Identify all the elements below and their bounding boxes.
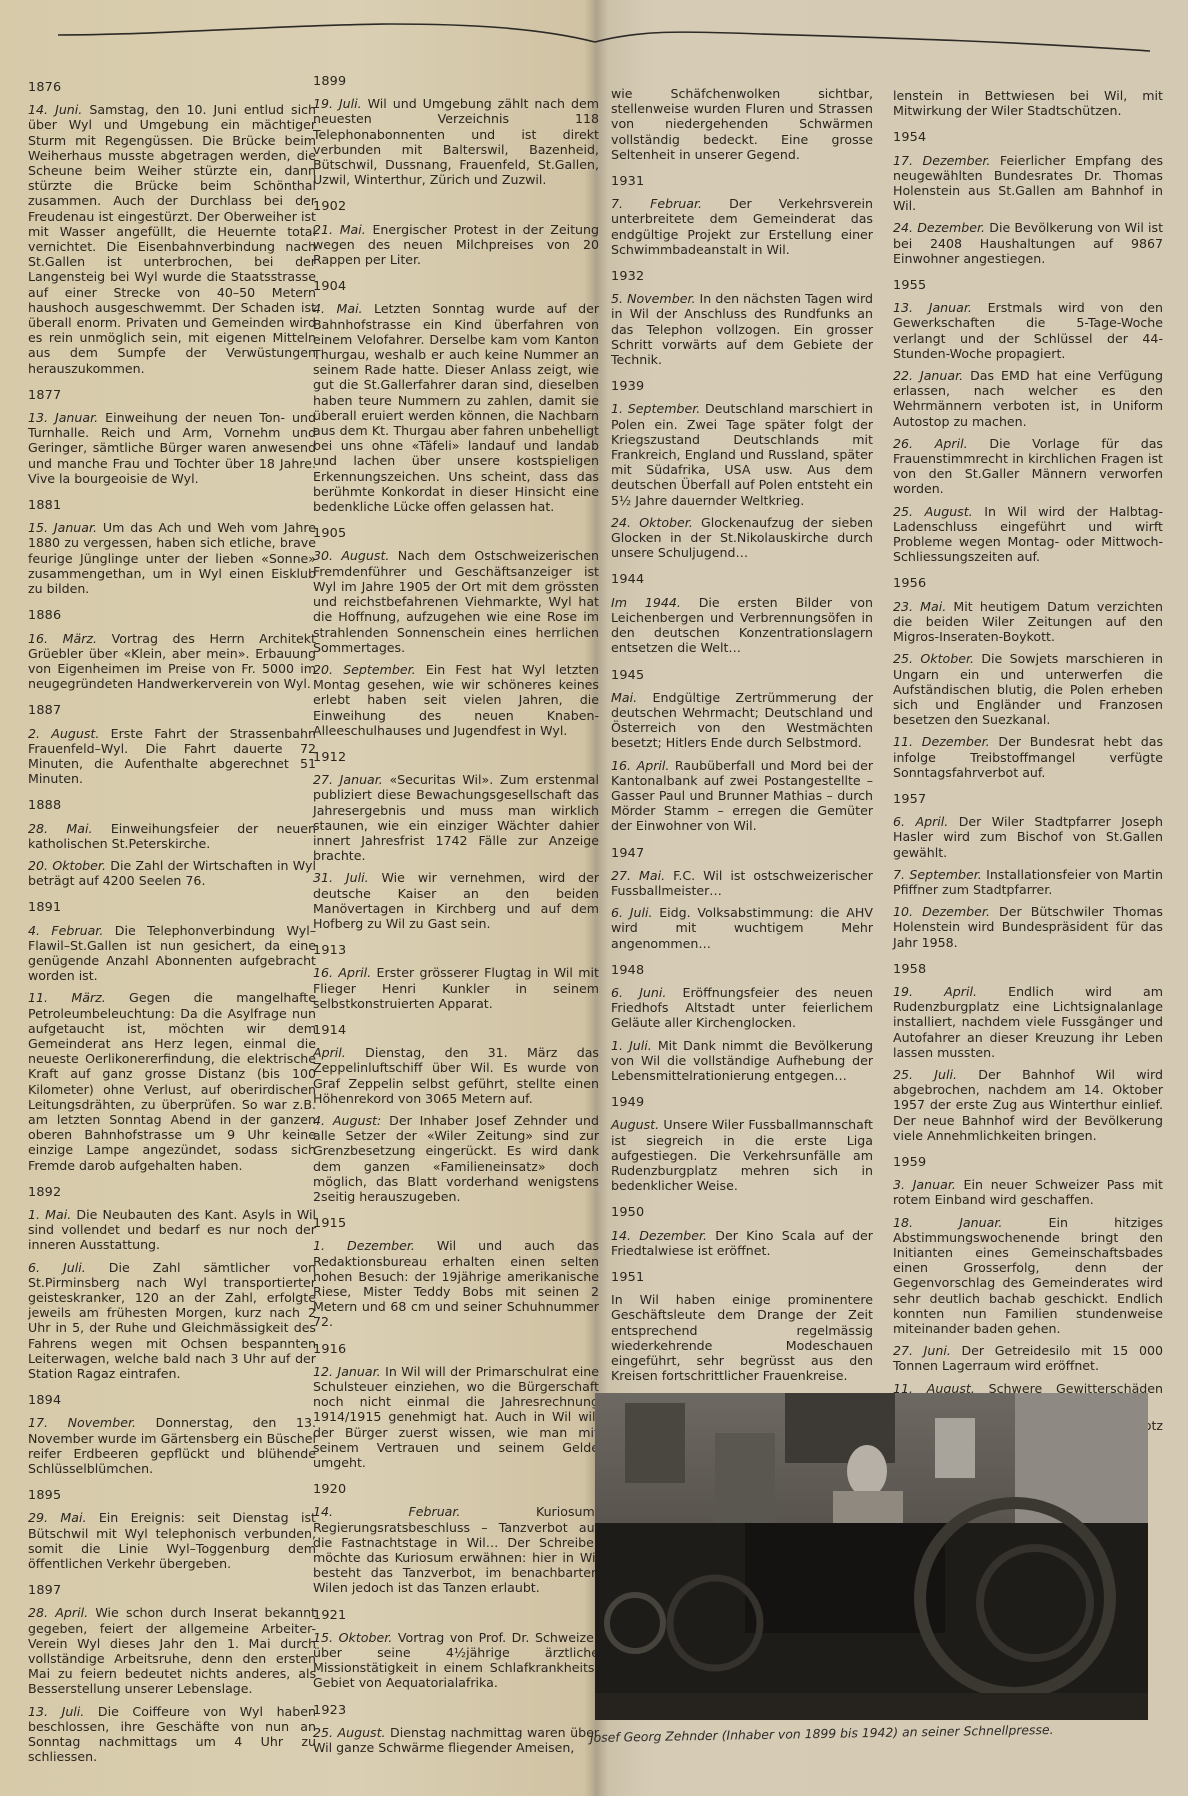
year-heading: 1957 — [893, 792, 1163, 807]
chronicle-entry: 11. Dezember. Der Bundesrat hebt das inf… — [893, 734, 1163, 780]
chronicle-entry: 23. Mai. Mit heutigem Datum verzichten d… — [893, 599, 1163, 645]
entry-date: 14. Februar. — [313, 1504, 460, 1519]
year-heading: 1939 — [611, 379, 873, 394]
entry-text: Dienstag, den 31. März das Zeppelinlufts… — [313, 1045, 599, 1106]
chronicle-entry: 29. Mai. Ein Ereignis: seit Dienstag ist… — [28, 1510, 316, 1571]
chronicle-entry: 19. Juli. Wil und Umgebung zählt nach de… — [313, 96, 599, 187]
chronicle-entry: 19. April. Endlich wird am Rudenzburgpla… — [893, 984, 1163, 1060]
chronicle-entry: 22. Januar. Das EMD hat eine Verfügung e… — [893, 368, 1163, 429]
chronicle-entry: 24. Oktober. Glockenaufzug der sieben Gl… — [611, 515, 873, 561]
chronicle-entry: lenstein in Bettwiesen bei Wil, mit Mitw… — [893, 88, 1163, 118]
year-section: 19576. April. Der Wiler Stadtpfarrer Jos… — [893, 792, 1163, 950]
entry-date: 19. April. — [893, 984, 977, 999]
chronicle-entry: 16. April. Erster grösserer Flugtag in W… — [313, 965, 599, 1011]
year-section: 188115. Januar. Um das Ach und Weh vom J… — [28, 498, 316, 596]
year-heading: 1881 — [28, 498, 316, 513]
chronicle-entry: 6. Juli. Die Zahl sämtlicher von St.Pirm… — [28, 1260, 316, 1382]
chronicle-entry: 4. Februar. Die Telephonverbindung Wyl–F… — [28, 923, 316, 984]
chronicle-entry: 4. August: Der Inhaber Josef Zehnder und… — [313, 1113, 599, 1204]
year-section: 187713. Januar. Einweihung der neuen Ton… — [28, 388, 316, 486]
entry-date: 27. Juni. — [893, 1343, 951, 1358]
year-heading: 1899 — [313, 74, 599, 89]
year-section: 19151. Dezember. Wil und auch das Redakt… — [313, 1216, 599, 1329]
year-heading: 1913 — [313, 943, 599, 958]
year-section: 19486. Juni. Eröffnungsfeier des neuen F… — [611, 963, 873, 1083]
year-heading: 1887 — [28, 703, 316, 718]
chronicle-entry: 25. Juli. Der Bahnhof Wil wird abgebroch… — [893, 1067, 1163, 1143]
chronicle-entry: 1. Juli. Mit Dank nimmt die Bevölkerung … — [611, 1038, 873, 1084]
year-heading: 1921 — [313, 1608, 599, 1623]
entry-text: Endgültige Zertrümmerung der deutschen W… — [611, 690, 873, 751]
year-section: 188828. Mai. Einweihungsfeier der neuen … — [28, 798, 316, 888]
chronicle-entry: 12. Januar. In Wil will der Primarschulr… — [313, 1364, 599, 1470]
entry-text: Die Neubauten des Kant. Asyls in Wil sin… — [28, 1207, 316, 1252]
year-heading: 1931 — [611, 174, 873, 189]
entry-date: 11. März. — [28, 990, 106, 1005]
year-section: 18872. August. Erste Fahrt der Strassenb… — [28, 703, 316, 786]
year-heading: 1956 — [893, 576, 1163, 591]
entry-text: In Wil will der Primarschulrat eine Schu… — [313, 1364, 599, 1470]
year-section: 190221. Mai. Energischer Protest in der … — [313, 199, 599, 267]
year-section: 195014. Dezember. Der Kino Scala auf der… — [611, 1205, 873, 1258]
year-section: 191612. Januar. In Wil will der Primarsc… — [313, 1342, 599, 1471]
entry-date: August. — [611, 1117, 659, 1132]
entry-date: 20. Oktober. — [28, 858, 106, 873]
chronicle-entry: Im 1944. Die ersten Bilder von Leichenbe… — [611, 595, 873, 656]
entry-text: In Wil haben einige prominentere Geschäf… — [611, 1292, 873, 1383]
entry-date: 13. Januar. — [893, 300, 972, 315]
entry-date: 16. März. — [28, 631, 97, 646]
year-heading: 1945 — [611, 668, 873, 683]
entry-text: Nach dem Ostschweizerischen Fremdenführe… — [313, 548, 599, 654]
chronicle-entry: 27. Juni. Der Getreidesilo mit 15 000 To… — [893, 1343, 1163, 1373]
chronicle-entry: 6. April. Der Wiler Stadtpfarrer Joseph … — [893, 814, 1163, 860]
year-heading: 1897 — [28, 1583, 316, 1598]
year-section: 19317. Februar. Der Verkehrsverein unter… — [611, 174, 873, 257]
entry-date: 25. Oktober. — [893, 651, 974, 666]
entry-date: 16. April. — [611, 758, 669, 773]
chronicle-entry: 1. Dezember. Wil und auch das Redaktions… — [313, 1238, 599, 1329]
year-heading: 1950 — [611, 1205, 873, 1220]
year-section: 19325. November. In den nächsten Tagen w… — [611, 269, 873, 367]
chronicle-entry: 25. Oktober. Die Sowjets marschieren in … — [893, 651, 1163, 727]
entry-date: 24. Oktober. — [611, 515, 693, 530]
chronicle-entry: 6. Juni. Eröffnungsfeier des neuen Fried… — [611, 985, 873, 1031]
chronicle-entry: 21. Mai. Energischer Protest in der Zeit… — [313, 222, 599, 268]
chronicle-entry: 1. Mai. Die Neubauten des Kant. Asyls in… — [28, 1207, 316, 1253]
entry-date: 1. Juli. — [611, 1038, 652, 1053]
entry-date: 14. Juni. — [28, 102, 82, 117]
entry-date: 25. August. — [893, 504, 973, 519]
chronicle-entry: Mai. Endgültige Zertrümmerung der deutsc… — [611, 690, 873, 751]
year-heading: 1914 — [313, 1023, 599, 1038]
entry-date: 27. Januar. — [313, 772, 383, 787]
year-heading: 1912 — [313, 750, 599, 765]
chronicle-entry: 15. Oktober. Vortrag von Prof. Dr. Schwe… — [313, 1630, 599, 1691]
entry-date: 25. August. — [313, 1725, 386, 1740]
entry-date: 28. April. — [28, 1605, 88, 1620]
column-3: wie Schäfchenwolken sichtbar, stellenwei… — [611, 86, 873, 1475]
year-section: 191227. Januar. «Securitas Wil». Zum ers… — [313, 750, 599, 931]
year-heading: 1904 — [313, 279, 599, 294]
year-section: wie Schäfchenwolken sichtbar, stellenwei… — [611, 86, 873, 162]
year-section: 19391. September. Deutschland marschiert… — [611, 379, 873, 560]
entry-text: Gegen die mangelhafte Petroleumbeleuchtu… — [28, 990, 316, 1172]
year-section: 19044. Mai. Letzten Sonntag wurde auf de… — [313, 279, 599, 514]
year-section: 191316. April. Erster grösserer Flugtag … — [313, 943, 599, 1011]
chronicle-entry: 17. November. Donnerstag, den 13. Novemb… — [28, 1415, 316, 1476]
chronicle-entry: 16. März. Vortrag des Herrn Architekt Gr… — [28, 631, 316, 692]
entry-date: 4. Mai. — [313, 301, 363, 316]
year-section: 190530. August. Nach dem Ostschweizerisc… — [313, 526, 599, 738]
chronicle-entry: 26. April. Die Vorlage für das Frauensti… — [893, 436, 1163, 497]
printing-press-photo — [595, 1393, 1148, 1720]
year-heading: 1923 — [313, 1703, 599, 1718]
entry-text: Deutschland marschiert in Polen ein. Zwe… — [611, 401, 873, 507]
year-heading: 1902 — [313, 199, 599, 214]
chronicle-entry: 14. Februar. Kuriosum: Regierungsratsbes… — [313, 1504, 599, 1595]
year-section: 194727. Mai. F.C. Wil ist ostschweizeris… — [611, 846, 873, 951]
chronicle-entry: 2. August. Erste Fahrt der Strassenbahn … — [28, 726, 316, 787]
entry-date: 2. August. — [28, 726, 99, 741]
year-heading: 1876 — [28, 80, 316, 95]
entry-date: 27. Mai. — [611, 868, 665, 883]
year-section: 195623. Mai. Mit heutigem Datum verzicht… — [893, 576, 1163, 779]
entry-date: 20. September. — [313, 662, 416, 677]
entry-date: 5. November. — [611, 291, 695, 306]
chronicle-entry: 20. September. Ein Fest hat Wyl letzten … — [313, 662, 599, 738]
year-section: 195417. Dezember. Feierlicher Empfang de… — [893, 130, 1163, 266]
chronicle-entry: 5. November. In den nächsten Tagen wird … — [611, 291, 873, 367]
entry-date: 28. Mai. — [28, 821, 92, 836]
entry-date: 3. Januar. — [893, 1177, 956, 1192]
chronicle-entry: 24. Dezember. Die Bevölkerung von Wil is… — [893, 220, 1163, 266]
entry-date: 16. April. — [313, 965, 371, 980]
year-section: 1945Mai. Endgültige Zertrümmerung der de… — [611, 668, 873, 834]
entry-date: 14. Dezember. — [611, 1228, 707, 1243]
entry-date: 30. August. — [313, 548, 389, 563]
chronicle-entry: 20. Oktober. Die Zahl der Wirtschaften i… — [28, 858, 316, 888]
chronicle-entry: 1. September. Deutschland marschiert in … — [611, 401, 873, 507]
year-heading: 1949 — [611, 1095, 873, 1110]
chronicle-entry: April. Dienstag, den 31. März das Zeppel… — [313, 1045, 599, 1106]
year-section: 195819. April. Endlich wird am Rudenzbur… — [893, 962, 1163, 1143]
entry-date: 4. Februar. — [28, 923, 103, 938]
year-section: 189529. Mai. Ein Ereignis: seit Dienstag… — [28, 1488, 316, 1571]
year-section: 195513. Januar. Erstmals wird von den Ge… — [893, 278, 1163, 564]
year-heading: 1915 — [313, 1216, 599, 1231]
chronicle-entry: 13. Januar. Einweihung der neuen Ton- un… — [28, 410, 316, 486]
entry-date: 10. Dezember. — [893, 904, 990, 919]
year-section: 1951In Wil haben einige prominentere Ges… — [611, 1270, 873, 1383]
entry-date: 1. September. — [611, 401, 700, 416]
year-heading: 1916 — [313, 1342, 599, 1357]
year-heading: 1958 — [893, 962, 1163, 977]
entry-date: 25. Juli. — [893, 1067, 957, 1082]
year-section: 189919. Juli. Wil und Umgebung zählt nac… — [313, 74, 599, 187]
year-heading: 1920 — [313, 1482, 599, 1497]
chronicle-entry: 15. Januar. Um das Ach und Weh vom Jahre… — [28, 520, 316, 596]
entry-date: 7. September. — [893, 867, 982, 882]
entry-date: 29. Mai. — [28, 1510, 86, 1525]
chronicle-entry: 18. Januar. Ein hitziges Abstimmungswoch… — [893, 1215, 1163, 1337]
year-section: 192325. August. Dienstag nachmittag ware… — [313, 1703, 599, 1756]
year-section: 1949August. Unsere Wiler Fussballmannsch… — [611, 1095, 873, 1193]
book-spread: 187614. Juni. Samstag, den 10. Juni entl… — [0, 0, 1188, 1796]
chronicle-entry: 25. August. Dienstag nachmittag waren üb… — [313, 1725, 599, 1755]
year-heading: 1959 — [893, 1155, 1163, 1170]
year-heading: 1954 — [893, 130, 1163, 145]
entry-date: 31. Juli. — [313, 870, 369, 885]
entry-date: Mai. — [611, 690, 637, 705]
chronicle-entry: 7. September. Installationsfeier von Mar… — [893, 867, 1163, 897]
year-heading: 1886 — [28, 608, 316, 623]
entry-date: 22. Januar. — [893, 368, 963, 383]
year-section: 192115. Oktober. Vortrag von Prof. Dr. S… — [313, 1608, 599, 1691]
entry-date: April. — [313, 1045, 346, 1060]
column-1: 187614. Juni. Samstag, den 10. Juni entl… — [28, 80, 316, 1777]
chronicle-entry: 28. April. Wie schon durch Inserat bekan… — [28, 1605, 316, 1696]
entry-text: lenstein in Bettwiesen bei Wil, mit Mitw… — [893, 88, 1163, 118]
entry-date: 6. Juli. — [28, 1260, 86, 1275]
entry-date: Im 1944. — [611, 595, 681, 610]
year-section: 18921. Mai. Die Neubauten des Kant. Asyl… — [28, 1185, 316, 1381]
year-section: 1944Im 1944. Die ersten Bilder von Leich… — [611, 572, 873, 655]
entry-date: 24. Dezember. — [893, 220, 985, 235]
column-4: lenstein in Bettwiesen bei Wil, mit Mitw… — [893, 88, 1163, 1460]
year-heading: 1951 — [611, 1270, 873, 1285]
entry-date: 13. Juli. — [28, 1704, 84, 1719]
entry-date: 6. Juli. — [611, 905, 652, 920]
chronicle-entry: 17. Dezember. Feierlicher Empfang des ne… — [893, 153, 1163, 214]
year-heading: 1944 — [611, 572, 873, 587]
entry-date: 21. Mai. — [313, 222, 366, 237]
chronicle-entry: 27. Mai. F.C. Wil ist ostschweizerischer… — [611, 868, 873, 898]
year-heading: 1894 — [28, 1393, 316, 1408]
chronicle-entry: 10. Dezember. Der Bütschwiler Thomas Hol… — [893, 904, 1163, 950]
year-section: 1914April. Dienstag, den 31. März das Ze… — [313, 1023, 599, 1204]
chronicle-entry: In Wil haben einige prominentere Geschäf… — [611, 1292, 873, 1383]
entry-date: 26. April. — [893, 436, 968, 451]
chronicle-entry: 16. April. Raubüberfall und Mord bei der… — [611, 758, 873, 834]
entry-date: 15. Oktober. — [313, 1630, 392, 1645]
chronicle-entry: 14. Dezember. Der Kino Scala auf der Fri… — [611, 1228, 873, 1258]
entry-date: 6. April. — [893, 814, 948, 829]
chronicle-entry: 3. Januar. Ein neuer Schweizer Pass mit … — [893, 1177, 1163, 1207]
year-heading: 1955 — [893, 278, 1163, 293]
chronicle-entry: 13. Januar. Erstmals wird von den Gewerk… — [893, 300, 1163, 361]
chronicle-entry: 27. Januar. «Securitas Wil». Zum erstenm… — [313, 772, 599, 863]
chronicle-entry: 30. August. Nach dem Ostschweizerischen … — [313, 548, 599, 654]
entry-date: 15. Januar. — [28, 520, 97, 535]
year-heading: 1932 — [611, 269, 873, 284]
entry-text: wie Schäfchenwolken sichtbar, stellenwei… — [611, 86, 873, 162]
entry-date: 23. Mai. — [893, 599, 946, 614]
chronicle-entry: 31. Juli. Wie wir vernehmen, wird der de… — [313, 870, 599, 931]
year-section: 189417. November. Donnerstag, den 13. No… — [28, 1393, 316, 1476]
entry-text: Die Zahl sämtlicher von St.Pirminsberg n… — [28, 1260, 316, 1381]
header-rule — [0, 0, 1188, 60]
year-section: 187614. Juni. Samstag, den 10. Juni entl… — [28, 80, 316, 376]
year-heading: 1888 — [28, 798, 316, 813]
chronicle-entry: wie Schäfchenwolken sichtbar, stellenwei… — [611, 86, 873, 162]
year-heading: 1895 — [28, 1488, 316, 1503]
chronicle-entry: 13. Juli. Die Coiffeure von Wyl haben be… — [28, 1704, 316, 1765]
chronicle-entry: 28. Mai. Einweihungsfeier der neuen kath… — [28, 821, 316, 851]
entry-date: 1. Dezember. — [313, 1238, 415, 1253]
entry-date: 4. August: — [313, 1113, 381, 1128]
chronicle-entry: 11. März. Gegen die mangelhafte Petroleu… — [28, 990, 316, 1172]
entry-date: 1. Mai. — [28, 1207, 71, 1222]
entry-date: 7. Februar. — [611, 196, 702, 211]
chronicle-entry: 4. Mai. Letzten Sonntag wurde auf der Ba… — [313, 301, 599, 514]
entry-date: 6. Juni. — [611, 985, 666, 1000]
year-heading: 1892 — [28, 1185, 316, 1200]
year-section: 18914. Februar. Die Telephonverbindung W… — [28, 900, 316, 1172]
photo-illustration — [595, 1393, 1148, 1720]
entry-date: 19. Juli. — [313, 96, 362, 111]
year-heading: 1948 — [611, 963, 873, 978]
entry-date: 17. Dezember. — [893, 153, 990, 168]
entry-date: 17. November. — [28, 1415, 136, 1430]
chronicle-entry: 25. August. In Wil wird der Halbtag-Lade… — [893, 504, 1163, 565]
chronicle-entry: 14. Juni. Samstag, den 10. Juni entlud s… — [28, 102, 316, 376]
chronicle-entry: 6. Juli. Eidg. Volksabstimmung: die AHV … — [611, 905, 873, 951]
entry-date: 13. Januar. — [28, 410, 98, 425]
year-heading: 1891 — [28, 900, 316, 915]
entry-text: Ein hitziges Abstimmungswochenende bring… — [893, 1215, 1163, 1336]
year-heading: 1877 — [28, 388, 316, 403]
year-heading: 1905 — [313, 526, 599, 541]
entry-date: 11. Dezember. — [893, 734, 990, 749]
chronicle-entry: 7. Februar. Der Verkehrsverein unterbrei… — [611, 196, 873, 257]
entry-text: Samstag, den 10. Juni entlud sich über W… — [28, 102, 316, 375]
entry-text: Letzten Sonntag wurde auf der Bahnhofstr… — [313, 301, 599, 514]
column-2: 189919. Juli. Wil und Umgebung zählt nac… — [313, 74, 599, 1767]
year-section: 188616. März. Vortrag des Herrn Architek… — [28, 608, 316, 691]
year-section: 192014. Februar. Kuriosum: Regierungsrat… — [313, 1482, 599, 1595]
year-heading: 1947 — [611, 846, 873, 861]
year-section: 189728. April. Wie schon durch Inserat b… — [28, 1583, 316, 1764]
year-section: lenstein in Bettwiesen bei Wil, mit Mitw… — [893, 88, 1163, 118]
entry-date: 12. Januar. — [313, 1364, 381, 1379]
entry-date: 18. Januar. — [893, 1215, 1002, 1230]
chronicle-entry: August. Unsere Wiler Fussballmannschaft … — [611, 1117, 873, 1193]
